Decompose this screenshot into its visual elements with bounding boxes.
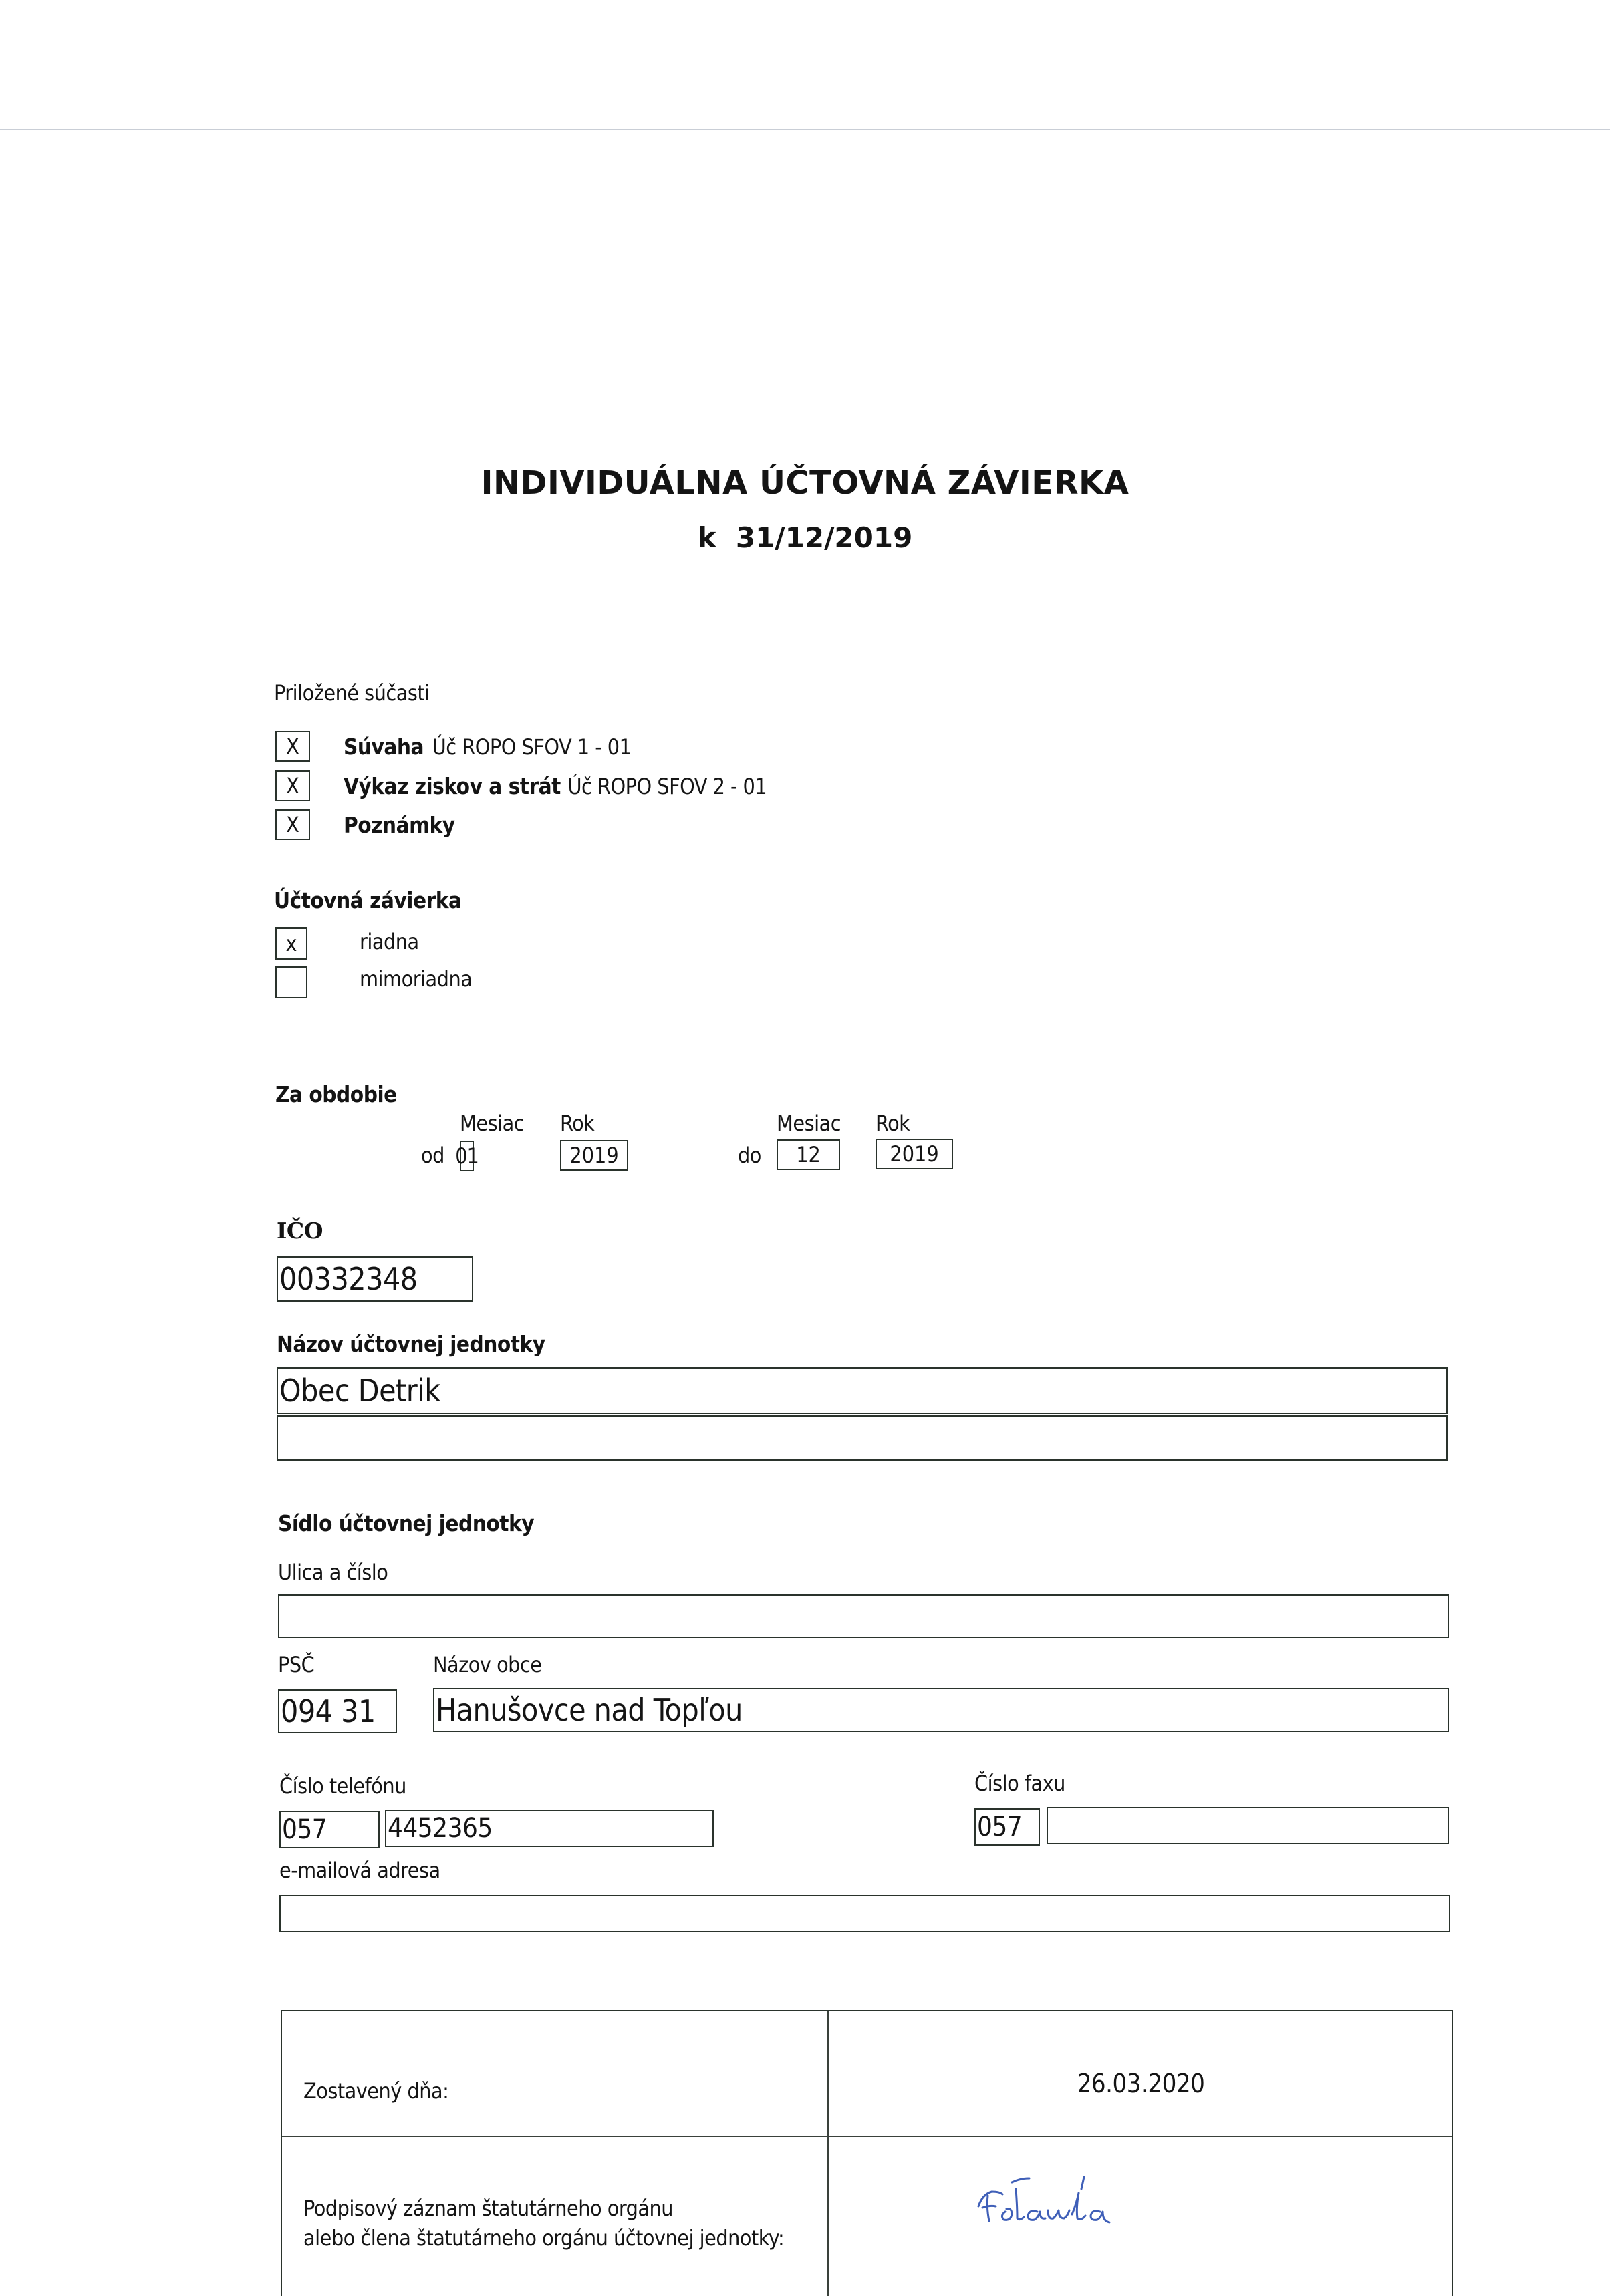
checkbox-vykaz[interactable]: X <box>275 770 310 801</box>
signature-label-line1: Podpisový záznam štatutárneho orgánu <box>303 2196 673 2221</box>
option-mimoriadna-label: mimoriadna <box>360 966 472 992</box>
fax-prefix-value: 057 <box>976 1810 1039 1844</box>
entity-name-line2-field[interactable] <box>277 1415 1448 1461</box>
scan-edge-line <box>0 129 1610 130</box>
attachment-item-suvaha: Súvaha Úč ROPO SFOV 1 - 01 <box>344 734 631 760</box>
compiled-date-value: 26.03.2020 <box>829 2069 1453 2098</box>
entity-name-line1-field[interactable]: Obec Detrik <box>277 1367 1448 1414</box>
street-value <box>279 1596 1448 1637</box>
checkbox-mimoriadna[interactable] <box>275 966 307 998</box>
ico-value: 00332348 <box>278 1258 472 1300</box>
fax-number-value <box>1048 1808 1448 1843</box>
from-label: od <box>421 1143 444 1168</box>
zip-value: 094 31 <box>279 1691 396 1732</box>
fax-number-field[interactable] <box>1047 1807 1449 1844</box>
compiled-date-label: Zostavený dňa: <box>303 2078 448 2104</box>
attachment-item-poznamky: Poznámky <box>344 812 455 838</box>
address-heading: Sídlo účtovnej jednotky <box>278 1510 534 1536</box>
street-field[interactable] <box>278 1594 1449 1638</box>
email-value <box>281 1896 1449 1931</box>
to-month-label: Mesiac <box>777 1111 841 1136</box>
checkbox-riadna[interactable]: x <box>275 927 307 960</box>
from-month-field[interactable]: 01 <box>460 1141 474 1171</box>
to-label: do <box>738 1143 761 1168</box>
from-month-label: Mesiac <box>460 1111 524 1136</box>
entity-name-line1-value: Obec Detrik <box>278 1369 1446 1413</box>
handwritten-signature <box>976 2154 1150 2228</box>
fax-prefix-field[interactable]: 057 <box>974 1808 1040 1846</box>
table-divider-vertical <box>827 2011 829 2296</box>
option-riadna-label: riadna <box>360 929 419 954</box>
to-year-value: 2019 <box>877 1140 952 1168</box>
table-divider-horizontal <box>282 2136 1452 2137</box>
attachment-name: Súvaha <box>344 734 424 760</box>
attachment-name: Poznámky <box>344 812 455 838</box>
attachment-code: Úč ROPO SFOV 1 - 01 <box>432 734 632 760</box>
attachments-heading: Priložené súčasti <box>274 680 430 706</box>
entity-name-line2-value <box>278 1417 1446 1459</box>
attachment-item-vykaz: Výkaz ziskov a strát Úč ROPO SFOV 2 - 01 <box>344 773 767 799</box>
entity-name-label: Názov účtovnej jednotky <box>277 1331 545 1357</box>
phone-prefix-value: 057 <box>281 1812 378 1847</box>
ico-field[interactable]: 00332348 <box>277 1256 473 1302</box>
city-value: Hanušovce nad Topľou <box>434 1689 1448 1731</box>
closing-type-heading: Účtovná závierka <box>274 887 462 913</box>
from-month-value: 01 <box>461 1142 473 1170</box>
checkbox-poznamky[interactable]: X <box>275 809 310 840</box>
street-label: Ulica a číslo <box>278 1560 388 1585</box>
phone-number-field[interactable]: 4452365 <box>385 1810 714 1847</box>
signature-label-line2: alebo člena štatutárneho orgánu účtovnej… <box>303 2225 784 2251</box>
document-title: INDIVIDUÁLNA ÚČTOVNÁ ZÁVIERKA <box>0 464 1610 502</box>
phone-label: Číslo telefónu <box>279 1773 406 1799</box>
checkbox-suvaha[interactable]: X <box>275 731 310 762</box>
from-year-label: Rok <box>560 1111 594 1136</box>
city-field[interactable]: Hanušovce nad Topľou <box>433 1688 1449 1732</box>
signature-table: Zostavený dňa: 26.03.2020 Podpisový zázn… <box>281 2010 1453 2296</box>
city-label: Názov obce <box>433 1652 542 1677</box>
document-date: k 31/12/2019 <box>0 521 1610 554</box>
email-field[interactable] <box>279 1895 1450 1932</box>
period-heading: Za obdobie <box>275 1081 397 1107</box>
phone-prefix-field[interactable]: 057 <box>279 1811 380 1848</box>
to-month-value: 12 <box>778 1141 839 1169</box>
to-month-field[interactable]: 12 <box>777 1139 840 1170</box>
zip-field[interactable]: 094 31 <box>278 1689 397 1733</box>
attachment-code: Úč ROPO SFOV 2 - 01 <box>567 774 767 799</box>
to-year-label: Rok <box>876 1111 910 1136</box>
phone-number-value: 4452365 <box>386 1811 712 1846</box>
ico-label: IČO <box>277 1217 323 1244</box>
from-year-value: 2019 <box>561 1141 627 1169</box>
zip-label: PSČ <box>278 1652 314 1677</box>
to-year-field[interactable]: 2019 <box>876 1139 953 1169</box>
attachment-name: Výkaz ziskov a strát <box>344 773 561 799</box>
fax-label: Číslo faxu <box>974 1771 1065 1796</box>
email-label: e-mailová adresa <box>279 1858 440 1883</box>
from-year-field[interactable]: 2019 <box>560 1140 628 1171</box>
